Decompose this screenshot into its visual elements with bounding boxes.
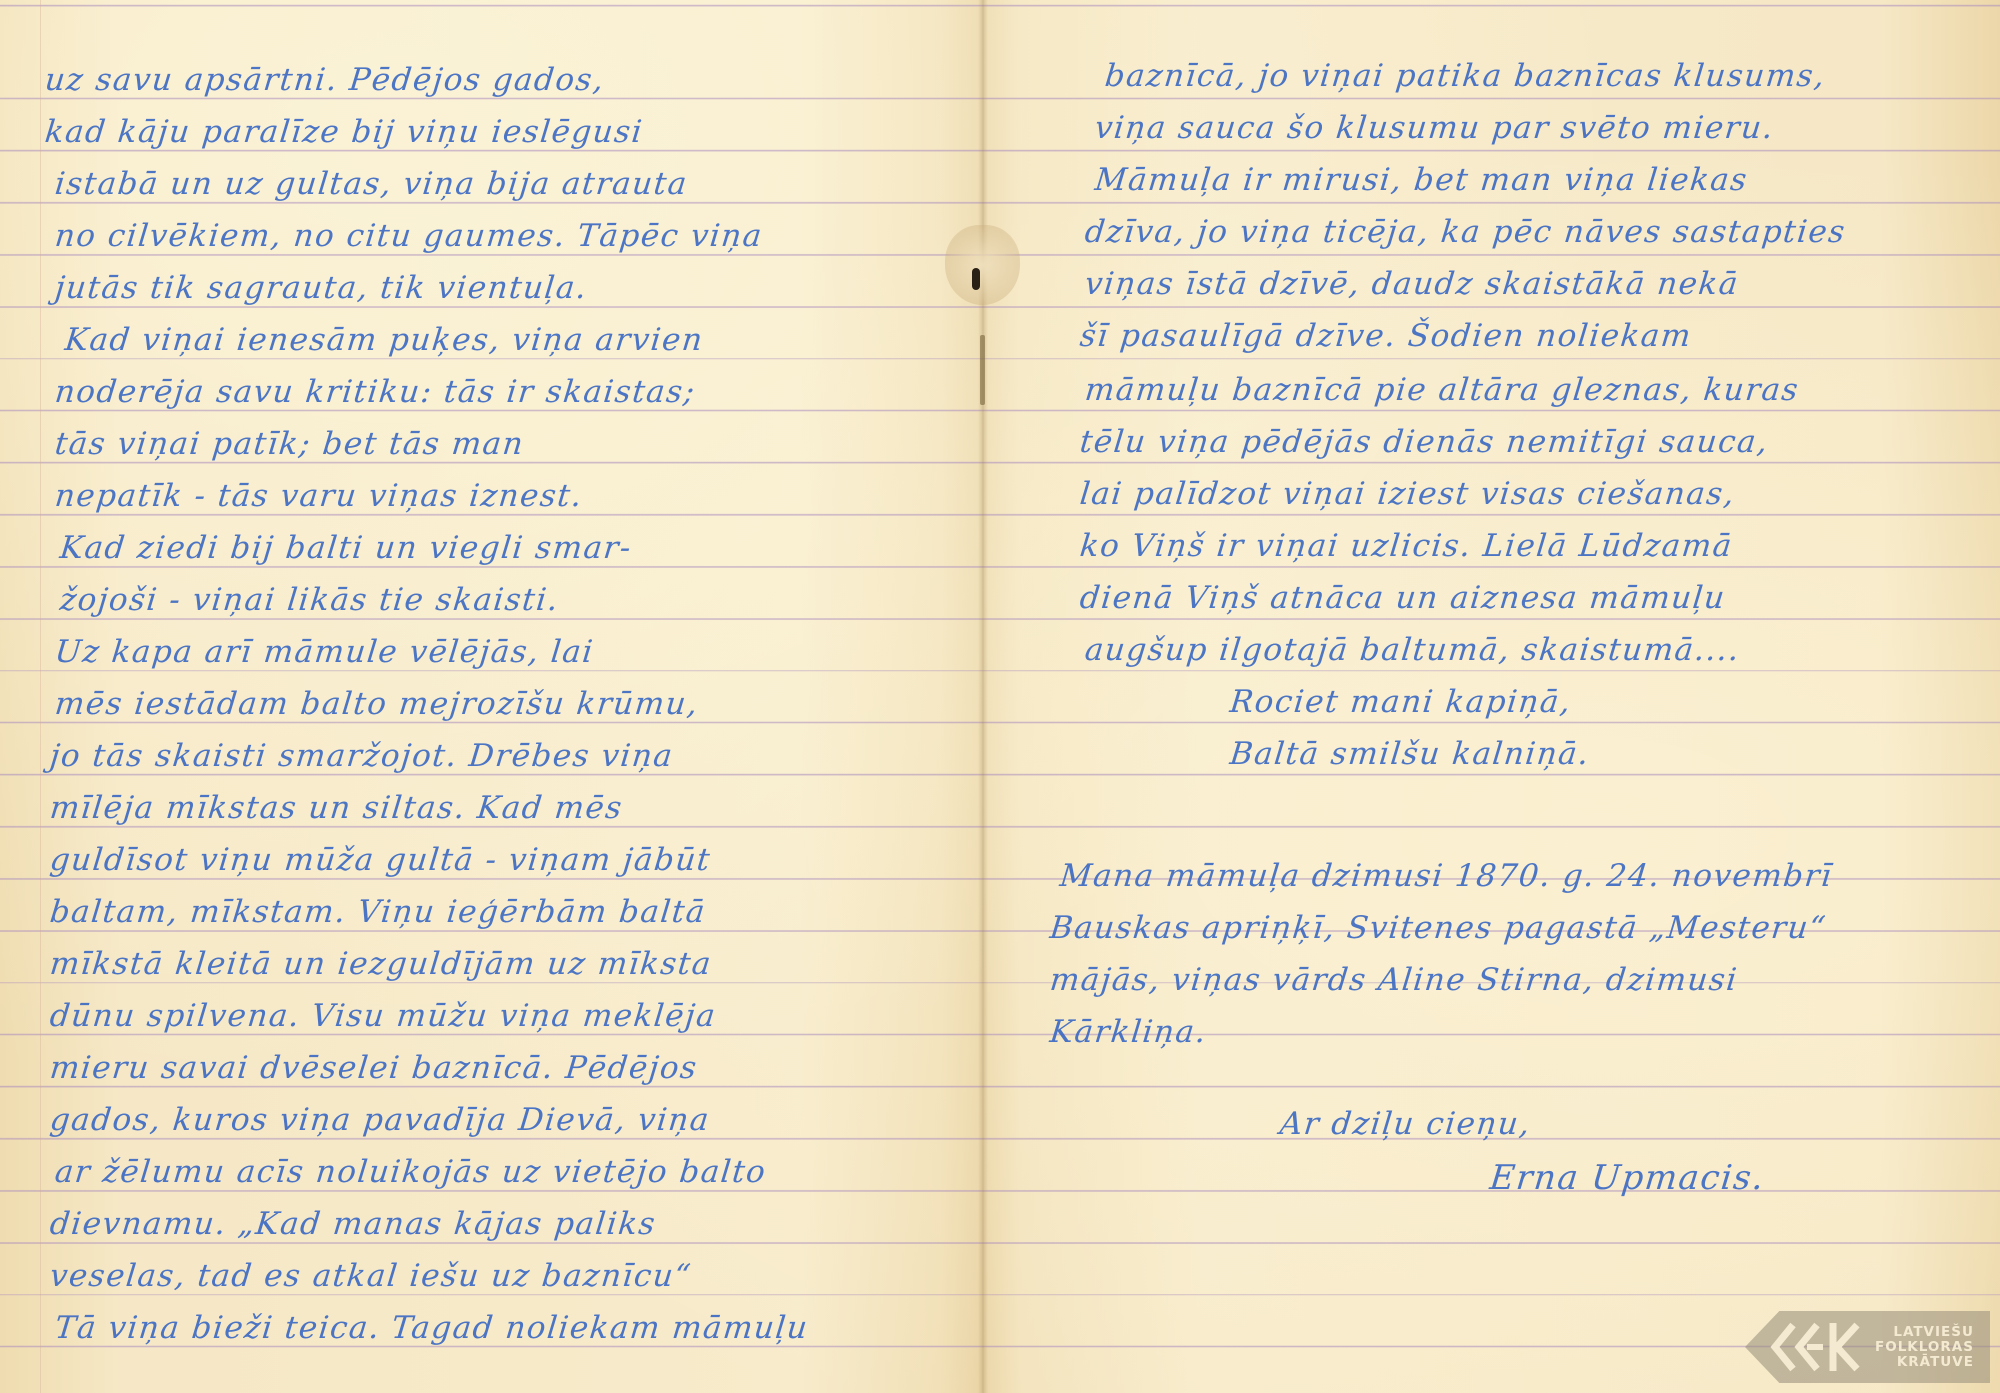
logo-text-line: LATVIEŠU	[1875, 1325, 1974, 1340]
handwritten-line: dūnu spilvena. Visu mūžu viņa meklēja	[48, 998, 718, 1034]
fold-tear	[980, 335, 985, 405]
handwritten-line: guldīsot viņu mūža gultā - viņam jābūt	[48, 842, 713, 878]
handwritten-line: jutās tik sagrauta, tik vientuļa.	[53, 270, 589, 306]
handwritten-line: šī pasaulīgā dzīve. Šodien noliekam	[1078, 318, 1694, 354]
logo-text: LATVIEŠU FOLKLORAS KRĀTUVE	[1875, 1325, 1974, 1370]
birth-note-line: Mana māmuļa dzimusi 1870. g. 24. novembr…	[1058, 858, 1834, 894]
handwritten-line: baznīcā, jo viņai patika baznīcas klusum…	[1103, 58, 1827, 94]
handwritten-line: veselas, tad es atkal iešu uz baznīcu“	[48, 1258, 693, 1294]
left-page: uz savu apsārtni. Pēdējos gados, kad kāj…	[0, 0, 975, 1393]
verse-line: Baltā smilšu kalniņā.	[1228, 736, 1591, 772]
handwritten-line: Māmuļa ir mirusi, bet man viņa liekas	[1093, 162, 1750, 198]
handwritten-line: tās viņai patīk; bet tās man	[53, 426, 526, 462]
handwritten-line: Kad viņai ienesām puķes, viņa arvien	[63, 322, 705, 358]
handwritten-line: mīlēja mīkstas un siltas. Kad mēs	[48, 790, 625, 826]
handwritten-line: mieru savai dvēselei baznīcā. Pēdējos	[48, 1050, 699, 1086]
handwritten-line: tēlu viņa pēdējās dienās nemitīgi sauca,	[1078, 424, 1770, 460]
handwritten-line: viņas īstā dzīvē, daudz skaistākā nekā	[1083, 266, 1741, 302]
lfk-logo-icon	[1767, 1319, 1867, 1375]
closing-line: Ar dziļu cieņu,	[1278, 1106, 1533, 1142]
handwritten-line: istabā un uz gultas, viņa bija atrauta	[53, 166, 690, 202]
handwritten-line: uz savu apsārtni. Pēdējos gados,	[43, 62, 606, 98]
handwritten-line: gados, kuros viņa pavadīja Dievā, viņa	[48, 1102, 712, 1138]
signature: Erna Upmacis.	[1488, 1158, 1767, 1198]
handwritten-line: Kad ziedi bij balti un viegli smar-	[58, 530, 634, 566]
logo-text-line: FOLKLORAS	[1875, 1340, 1974, 1355]
handwritten-line: Uz kapa arī māmule vēlējās, lai	[53, 634, 596, 670]
handwritten-line: ar žēlumu acīs noluikojās uz vietējo bal…	[53, 1154, 768, 1190]
handwritten-line: noderēja savu kritiku: tās ir skaistas;	[53, 374, 697, 410]
handwritten-line: viņa sauca šo klusumu par svēto mieru.	[1093, 110, 1776, 146]
handwritten-line: nepatīk - tās varu viņas iznest.	[53, 478, 585, 514]
right-page: baznīcā, jo viņai patika baznīcas klusum…	[990, 0, 2000, 1393]
handwritten-line: dzīva, jo viņa ticēja, ka pēc nāves sast…	[1083, 214, 1848, 250]
handwritten-line: jo tās skaisti smaržojot. Drēbes viņa	[48, 738, 675, 774]
handwritten-line: dienā Viņš atnāca un aiznesa māmuļu	[1078, 580, 1727, 616]
logo-text-line: KRĀTUVE	[1875, 1355, 1974, 1370]
handwritten-line: lai palīdzot viņai iziest visas ciešanas…	[1078, 476, 1737, 512]
birth-note-line: mājās, viņas vārds Aline Stirna, dzimusi	[1048, 962, 1740, 998]
handwritten-line: māmuļu baznīcā pie altāra gleznas, kuras	[1083, 372, 1801, 408]
handwritten-line: no cilvēkiem, no citu gaumes. Tāpēc viņa	[53, 218, 765, 254]
birth-note-line: Kārkliņa.	[1048, 1014, 1209, 1050]
handwritten-line: žojoši - viņai likās tie skaisti.	[58, 582, 561, 618]
letter-spread: uz savu apsārtni. Pēdējos gados, kad kāj…	[0, 0, 2000, 1393]
handwritten-line: baltam, mīkstam. Viņu ieģērbām baltā	[48, 894, 708, 930]
archive-watermark-logo: LATVIEŠU FOLKLORAS KRĀTUVE	[1745, 1311, 1990, 1383]
verse-line: Rociet mani kapiņā,	[1228, 684, 1573, 720]
handwritten-line: ko Viņš ir viņai uzlicis. Lielā Lūdzamā	[1078, 528, 1735, 564]
center-fold	[978, 0, 988, 1393]
handwritten-line: augšup ilgotajā baltumā, skaistumā....	[1083, 632, 1742, 668]
handwritten-line: mēs iestādam balto mejrozīšu krūmu,	[53, 686, 700, 722]
handwritten-line: mīkstā kleitā un iezguldījām uz mīksta	[48, 946, 714, 982]
handwritten-line: Tā viņa bieži teica. Tagad noliekam māmu…	[53, 1310, 810, 1346]
handwritten-line: dievnamu. „Kad manas kājas paliks	[48, 1206, 658, 1242]
birth-note-line: Bauskas apriņķī, Svitenes pagastā „Meste…	[1048, 910, 1828, 946]
handwritten-line: kad kāju paralīze bij viņu ieslēgusi	[43, 114, 645, 150]
